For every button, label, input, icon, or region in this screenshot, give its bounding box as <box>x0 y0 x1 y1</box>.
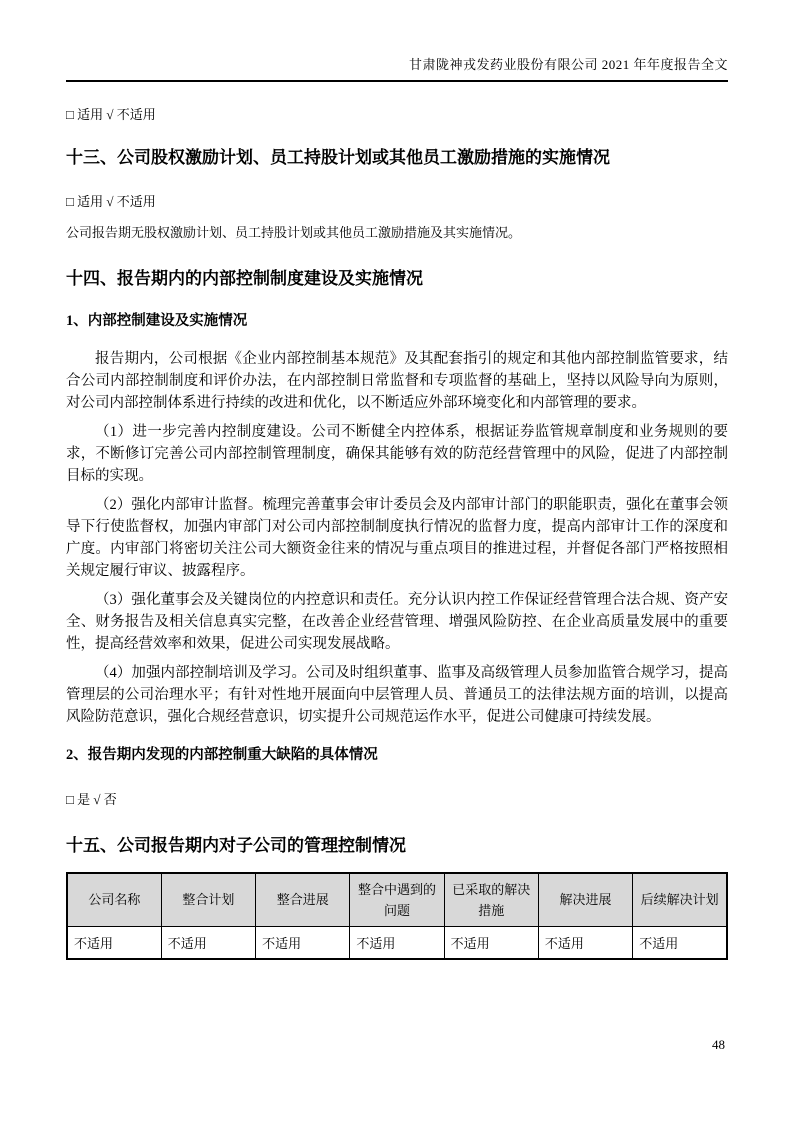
section14-title: 十四、报告期内的内部控制制度建设及实施情况 <box>66 268 728 289</box>
table-row: 不适用 不适用 不适用 不适用 不适用 不适用 不适用 <box>67 927 727 960</box>
table-cell: 不适用 <box>444 927 538 960</box>
paragraph: （4）加强内部控制培训及学习。公司及时组织董事、监事及高级管理人员参加监管合规学… <box>66 662 728 728</box>
table-cell: 不适用 <box>538 927 632 960</box>
page-header: 甘肃陇神戎发药业股份有限公司 2021 年年度报告全文 <box>66 0 728 82</box>
paragraph: （3）强化董事会及关键岗位的内控意识和责任。充分认识内控工作保证经营管理合法合规… <box>66 589 728 655</box>
paragraph: 报告期内，公司根据《企业内部控制基本规范》及其配套指引的规定和其他内部控制监管要… <box>66 348 728 414</box>
table-cell: 不适用 <box>256 927 350 960</box>
table-header-cell-integration-plan: 整合计划 <box>161 873 255 927</box>
paragraph: （2）强化内部审计监督。梳理完善董事会审计委员会及内部审计部门的职能职责，强化在… <box>66 494 728 582</box>
table-cell: 不适用 <box>67 927 161 960</box>
section13-title: 十三、公司股权激励计划、员工持股计划或其他员工激励措施的实施情况 <box>66 147 728 168</box>
table-cell: 不适用 <box>350 927 444 960</box>
table-cell: 不适用 <box>633 927 727 960</box>
subsidiary-control-table: 公司名称 整合计划 整合进展 整合中遇到的问题 已采取的解决措施 解决进展 后续… <box>66 872 728 961</box>
table-header-cell-integration-progress: 整合进展 <box>256 873 350 927</box>
section15-title: 十五、公司报告期内对子公司的管理控制情况 <box>66 835 728 856</box>
report-page: 甘肃陇神戎发药业股份有限公司 2021 年年度报告全文 □ 适用 √ 不适用 十… <box>0 0 793 1122</box>
table-header-cell-problems-encountered: 整合中遇到的问题 <box>350 873 444 927</box>
table-header-row: 公司名称 整合计划 整合进展 整合中遇到的问题 已采取的解决措施 解决进展 后续… <box>67 873 727 927</box>
table-header-cell-resolution-progress: 解决进展 <box>538 873 632 927</box>
table-cell: 不适用 <box>161 927 255 960</box>
report-content: □ 适用 √ 不适用 十三、公司股权激励计划、员工持股计划或其他员工激励措施的实… <box>66 104 728 960</box>
section14-yes-no-line: □ 是 √ 否 <box>66 789 728 808</box>
paragraph: （1）进一步完善内控制度建设。公司不断健全内控体系，根据证券监管规章制度和业务规… <box>66 421 728 487</box>
section14-sub2-title: 2、报告期内发现的内部控制重大缺陷的具体情况 <box>66 747 728 764</box>
table-header-cell-follow-up-plan: 后续解决计划 <box>633 873 727 927</box>
table-header-cell-company-name: 公司名称 <box>67 873 161 927</box>
section14-sub1-title: 1、内部控制建设及实施情况 <box>66 313 728 330</box>
report-header-title: 甘肃陇神戎发药业股份有限公司 2021 年年度报告全文 <box>66 54 728 73</box>
table-header: 公司名称 整合计划 整合进展 整合中遇到的问题 已采取的解决措施 解决进展 后续… <box>67 873 727 927</box>
page-number: 48 <box>712 1037 725 1053</box>
applicability-line-top: □ 适用 √ 不适用 <box>66 104 728 123</box>
section13-note: 公司报告期无股权激励计划、员工持股计划或其他员工激励措施及其实施情况。 <box>66 222 728 241</box>
section13-applicability-line: □ 适用 √ 不适用 <box>66 191 728 210</box>
table-body: 不适用 不适用 不适用 不适用 不适用 不适用 不适用 <box>67 927 727 960</box>
table-header-cell-measures-taken: 已采取的解决措施 <box>444 873 538 927</box>
